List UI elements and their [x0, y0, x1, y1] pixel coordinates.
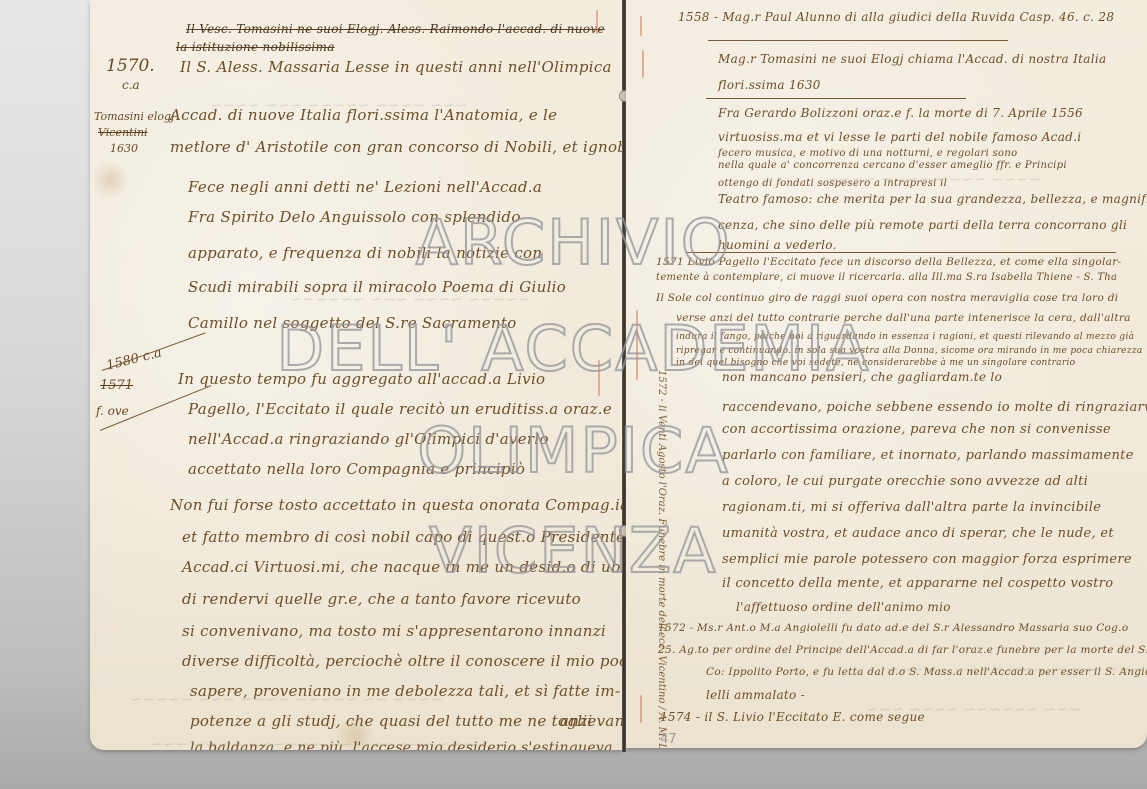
text-line: di rendervi quelle gr.e, che a tanto fav… [182, 590, 581, 608]
text-line: Fece negli anni detti ne' Lezioni nell'A… [188, 178, 542, 196]
text-line: Mag.r Tomasini ne suoi Elogj chiama l'Ac… [718, 52, 1106, 66]
text-line: Accad. di nuove Italia flori.ssima l'Ana… [170, 106, 557, 124]
manuscript-spread: ~~~ ~~~~ ~~~~~ ~~~ ~~~~ ~~~~~ ~~~~ ~~~ ~… [90, 0, 1147, 760]
text-line: Fra Spirito Delo Anguissolo con splendid… [188, 208, 521, 226]
text-line: sapere, proveniano in me debolezza tali,… [190, 682, 620, 700]
margin-note: c.a [122, 78, 140, 92]
red-pencil-mark [636, 310, 638, 380]
margin-year: 1630 [110, 142, 138, 155]
text-line: con accortissima orazione, pareva che no… [722, 422, 1111, 437]
text-line: Scudi mirabili sopra il miracolo Poema d… [188, 278, 566, 296]
text-line: apparato, e frequenza di nobili la notiz… [188, 244, 542, 262]
text-line: umanità vostra, et audace anco di sperar… [722, 526, 1114, 541]
text-line: metlore d' Aristotile con gran concorso … [170, 138, 622, 156]
text-line: diverse difficoltà, perciochè oltre il c… [182, 652, 622, 670]
text-line: ragionam.ti, mi si offeriva dall'altra p… [722, 500, 1101, 515]
text-line: fecero musica, e motivo di una notturni,… [718, 148, 1017, 159]
margin-year-struck: 1571 [100, 378, 133, 393]
text-line: l'affettuoso ordine dell'animo mio [736, 600, 951, 614]
text-line: raccendevano, poiche sebbene essendo io … [722, 400, 1147, 415]
text-line: flori.ssima 1630 [718, 78, 821, 92]
text-line: indura il fango, poiche noi a riguardand… [676, 332, 1134, 342]
text-line: nella quale a' concorrenza cercano d'ess… [718, 160, 1067, 171]
red-pencil-mark [598, 360, 600, 396]
text-line: Il S. Aless. Massaria Lesse in questi an… [180, 58, 612, 76]
text-line: Non fui forse tosto accettato in questa … [170, 496, 622, 514]
text-line: il concetto della mente, et appararne ne… [722, 576, 1113, 591]
text-line: nell'Accad.a ringraziando gl'Olimpici d'… [188, 430, 549, 448]
text-line: 1558 - Mag.r Paul Alunno di alla giudici… [678, 10, 1114, 24]
page-number: 47 [660, 732, 677, 747]
red-pencil-mark [640, 16, 642, 36]
text-line: potenze a gli studj, che quasi del tutto… [190, 712, 622, 730]
text-line: ottengo di fondati sospesero a intrapres… [718, 178, 947, 189]
text-line: In questo tempo fu aggregato all'accad.a… [178, 370, 545, 388]
text-line: cenza, che sino delle più remote parti d… [718, 218, 1127, 232]
text-line: accettato nella loro Compagnia e princip… [188, 460, 525, 478]
red-pencil-mark [642, 50, 644, 78]
text-line: Fra Gerardo Bolizzoni oraz.e f. la morte… [718, 106, 1083, 120]
text-line: et fatto membro di così nobil capo di qu… [182, 528, 622, 546]
rule [706, 98, 966, 99]
text-line: 1574 - il S. Livio l'Eccitato E. come se… [660, 710, 925, 724]
text-line: huomini a vederlo. [718, 238, 837, 252]
margin-rule [102, 332, 206, 371]
text-line: Pagello, l'Eccitato il quale recitò un e… [188, 400, 612, 418]
text-line: in del quel bisogno che voi sedete, ne c… [676, 358, 1075, 368]
text-line: 1572 - Ms.r Ant.o M.a Angiolelli fu dato… [658, 622, 1128, 634]
red-pencil-mark [596, 10, 598, 34]
rule [708, 40, 1008, 41]
margin-note-struck: Vicentini [98, 126, 148, 139]
text-line: temente à contemplare, ci muove il ricer… [656, 272, 1117, 283]
text-line: virtuosiss.ma et vi lesse le parti del n… [718, 130, 1081, 144]
left-page: ~~~ ~~~~ ~~~~~ ~~~ ~~~~ ~~~~~ ~~~~ ~~~ ~… [90, 0, 622, 750]
text-line: Il Sole col continuo giro de raggi suoi … [656, 292, 1118, 304]
text-line: lelli ammalato - [706, 688, 805, 702]
text-line-struck: la istituzione nobilissima [176, 40, 335, 54]
text-line: 25. Ag.to per ordine del Principe dell'A… [658, 644, 1147, 656]
paper-stain [90, 160, 130, 200]
text-line: Camillo nel soggetto del S.re Sacramento [188, 314, 517, 332]
rule [686, 252, 1116, 253]
text-line: si convenivano, ma tosto mi s'appresenta… [182, 622, 606, 640]
margin-year: 1570. [106, 56, 155, 76]
text-line: a coloro, le cui purgate orecchie sono a… [722, 474, 1088, 489]
margin-note: Tomasini elogj [94, 110, 174, 123]
text-line: semplici mie parole potessero con maggio… [722, 552, 1132, 567]
text-line: parlarlo con familiare, et inornato, par… [722, 448, 1134, 463]
vertical-margin-note: 1572 - li Venti Agosto l'Oraz. Funebre i… [656, 370, 667, 600]
text-line: ripregar e continuando. in sola sua vost… [676, 346, 1143, 356]
text-line: verse anzi del tutto contrarie perche da… [676, 312, 1131, 324]
text-line-struck: Il Vesc. Tomasini ne suoi Elogj. Aless. … [186, 22, 605, 36]
text-line: la baldanza, e ne più, l'accese mio desi… [190, 740, 613, 750]
text-line: Accad.ci Virtuosi.mi, che nacque in me u… [182, 558, 622, 576]
margin-note: f. ove [96, 404, 129, 418]
text-line: non mancano pensieri, che gagliardam.te … [722, 370, 1002, 384]
red-pencil-mark [640, 695, 642, 723]
catchword: anzi [560, 712, 593, 730]
right-page: ~~~~ ~~~ ~~~~~ ~~~~ ~~~~~ ~~~~ ~~~ ~~~~ … [626, 0, 1147, 748]
text-line: Teatro famoso: che merita per la sua gra… [718, 192, 1147, 206]
text-line: 1571 Livio Pagello l'Eccitato fece un di… [656, 256, 1121, 268]
text-line: Co: Ippolito Porto, e fu letta dal d.o S… [706, 666, 1147, 678]
